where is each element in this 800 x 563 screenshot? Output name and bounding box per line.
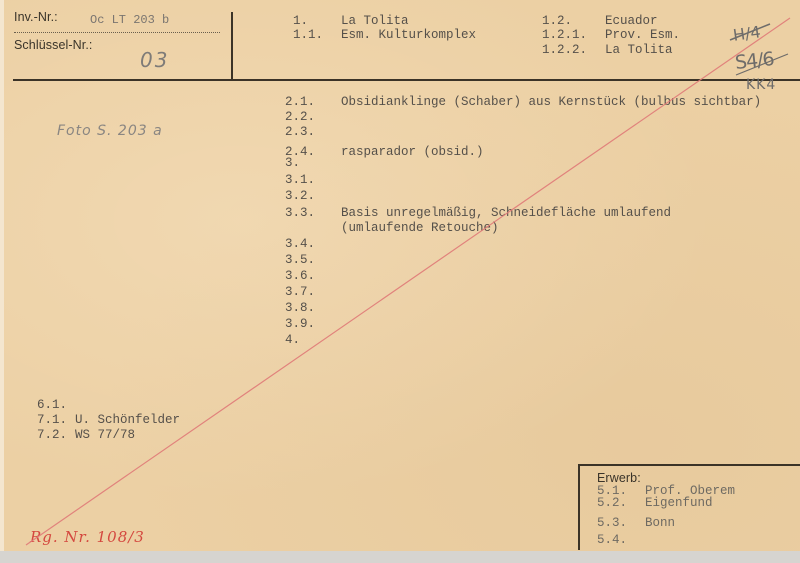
erwerb-title: Erwerb: bbox=[597, 471, 641, 485]
site-num-1: 1. bbox=[293, 14, 308, 29]
desc-row-value: rasparador (obsid.) bbox=[341, 145, 484, 160]
coll-row-value: U. Schönfelder bbox=[75, 413, 180, 428]
schluessel-nr-label: Schlüssel-Nr.: bbox=[14, 38, 93, 52]
coll-row-value: WS 77/78 bbox=[75, 428, 135, 443]
desc-row-value: Obsidianklinge (Schaber) aus Kernstück (… bbox=[341, 95, 761, 110]
card-edge bbox=[0, 0, 4, 551]
coll-row-num: 6.1. bbox=[37, 398, 67, 413]
desc-row-num: 2.3. bbox=[285, 125, 315, 140]
erw-row-value: Eigenfund bbox=[645, 496, 713, 511]
inv-nr-label: Inv.-Nr.: bbox=[14, 10, 58, 24]
registry-number: Rg. Nr. 108/3 bbox=[30, 528, 145, 546]
desc-row-num: 3.6. bbox=[285, 269, 315, 284]
location-value-1: Ecuador bbox=[605, 14, 658, 29]
erw-row-num: 5.2. bbox=[597, 496, 627, 511]
index-card: Inv.-Nr.: Oc LT 203 b Schlüssel-Nr.: 03 … bbox=[0, 0, 800, 551]
location-value-3: La Tolita bbox=[605, 43, 673, 58]
erw-row-num: 5.3. bbox=[597, 516, 627, 531]
desc-row-num: 3. bbox=[285, 156, 300, 171]
desc-row-num: 3.3. bbox=[285, 206, 315, 221]
desc-row-num: 3.1. bbox=[285, 173, 315, 188]
location-value-2: Prov. Esm. bbox=[605, 28, 680, 43]
location-num-1: 1.2. bbox=[542, 14, 572, 29]
desc-row-num: 3.4. bbox=[285, 237, 315, 252]
coll-row-num: 7.2. bbox=[37, 428, 67, 443]
header-divider-horizontal bbox=[13, 79, 800, 81]
desc-row-num: 3.5. bbox=[285, 253, 315, 268]
desc-row-value: Basis unregelmäßig, Schneidefläche umlau… bbox=[341, 206, 671, 221]
foto-note: Foto S. 203 a bbox=[57, 123, 163, 139]
inv-nr-dotted-line bbox=[14, 32, 220, 33]
erwerb-box-left bbox=[578, 464, 580, 550]
desc-row-num: 3.7. bbox=[285, 285, 315, 300]
erw-row-value: Bonn bbox=[645, 516, 675, 531]
header-divider-vertical bbox=[231, 12, 233, 80]
desc-row-num: 3.8. bbox=[285, 301, 315, 316]
inv-nr-value: Oc LT 203 b bbox=[90, 13, 169, 28]
erw-row-num: 5.4. bbox=[597, 533, 627, 548]
desc-row-num: 2.2. bbox=[285, 110, 315, 125]
erwerb-box-top bbox=[578, 464, 800, 466]
site-value-2: Esm. Kulturkomplex bbox=[341, 28, 476, 43]
scan-background bbox=[0, 551, 800, 563]
desc-row-num: 4. bbox=[285, 333, 300, 348]
desc-row-value: (umlaufende Retouche) bbox=[341, 221, 499, 236]
coll-row-num: 7.1. bbox=[37, 413, 67, 428]
site-num-2: 1.1. bbox=[293, 28, 323, 43]
desc-row-num: 2.1. bbox=[285, 95, 315, 110]
location-num-2: 1.2.1. bbox=[542, 28, 587, 43]
desc-row-num: 3.9. bbox=[285, 317, 315, 332]
schluessel-nr-value: 03 bbox=[140, 48, 169, 72]
desc-row-num: 3.2. bbox=[285, 189, 315, 204]
location-num-3: 1.2.2. bbox=[542, 43, 587, 58]
pencil-strikethrough bbox=[728, 20, 800, 80]
site-value-1: La Tolita bbox=[341, 14, 409, 29]
